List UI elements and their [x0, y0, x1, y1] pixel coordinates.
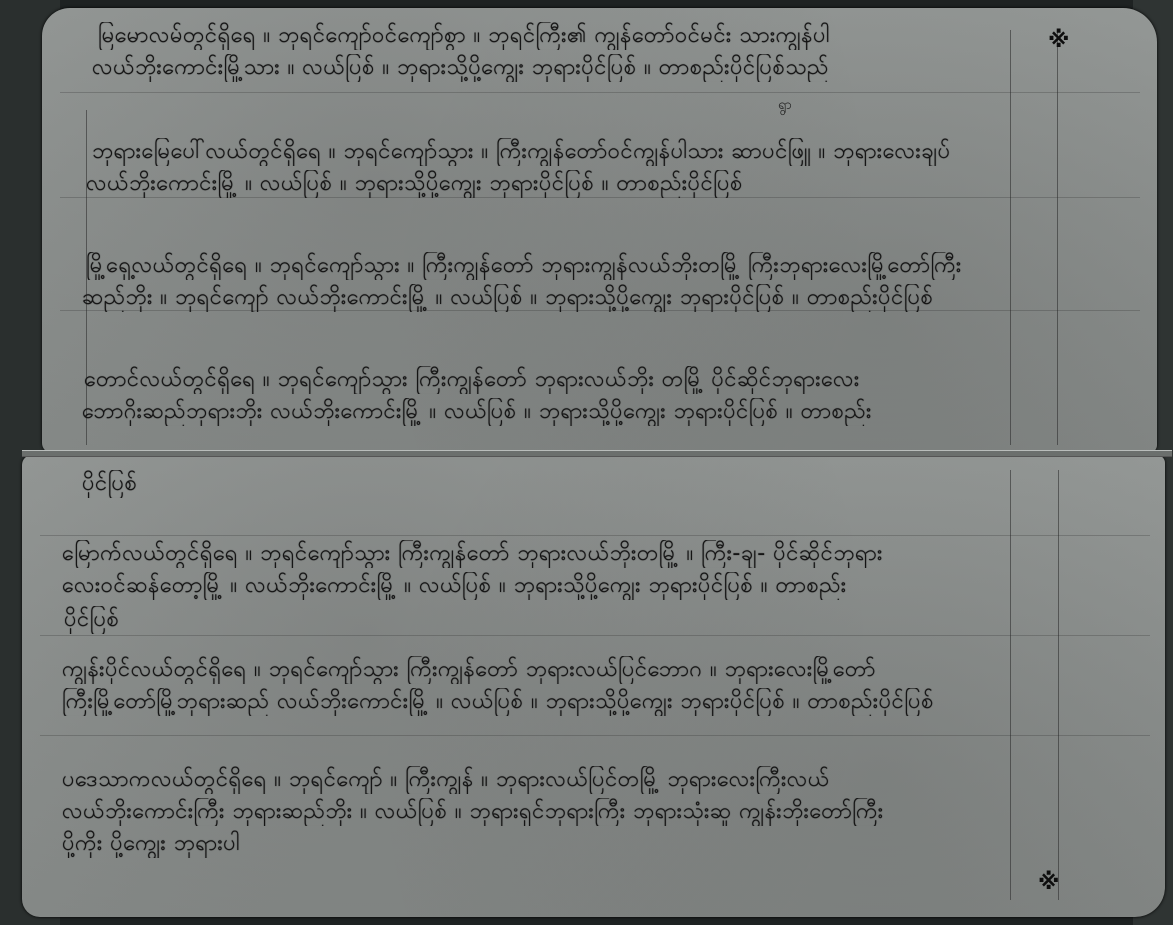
corner-mark-bottom: ※	[1038, 870, 1059, 895]
entry-4-line-3: ပိုင်ပြစ်	[82, 470, 222, 498]
ruling-line	[40, 535, 1150, 536]
marginal-note: ရွာ	[778, 95, 792, 116]
entry-1-line-1: မြမောလမ်တွင်ရှိရေ ။ ဘုရင်ကျော်ဝင်ကျော်စွ…	[98, 22, 1038, 50]
ruling-line	[60, 92, 1140, 93]
entry-7-line-2: လယ်ဘိုးကောင်းကြီး ဘုရားဆည်ဘိုး ။ လယ်ပြစ်…	[62, 798, 1022, 826]
entry-5-line-2: လေးဝင်ဆန်တော့မြို့ ။ လယ်ဘိုးကောင်းမြို့ …	[62, 572, 1012, 600]
entry-3-line-1: မြို့ရှေ့လယ်တွင်ရှိရေ ။ ဘုရင်ကျော်သွား ။…	[86, 252, 1021, 280]
entry-7-line-1: ပဒေသာကလယ်တွင်ရှိရေ ။ ဘုရင်ကျော် ။ ကြီးကျ…	[62, 766, 1022, 794]
ruling-line	[40, 635, 1150, 636]
entry-6-line-1: ကျွန်းပိုင်လယ်တွင်ရှိရေ ။ ဘုရင်ကျော်သွား…	[62, 656, 1022, 684]
entry-6-line-2: ကြီးမြို့တော်မြို့ဘုရားဆည် လယ်ဘိုးကောင်း…	[62, 688, 1022, 716]
corner-mark-top: ※	[1048, 28, 1069, 53]
page-fold	[22, 450, 1172, 457]
entry-5-line-1: မြောက်လယ်တွင်ရှိရေ ။ ဘုရင်ကျော်သွား ကြီး…	[62, 540, 1012, 568]
entry-5-line-3: ပိုင်ပြစ်	[64, 606, 184, 634]
ruling-line	[40, 735, 1150, 736]
entry-1-line-2: လယ်ဘိုးကောင်းမြို့သား ။ လယ်ပြစ် ။ ဘုရားသ…	[92, 54, 992, 82]
entry-2-line-1: ဘုရားမြေပေါ်လယ်တွင်ရှိရေ ။ ဘုရင်ကျော်သွာ…	[92, 138, 1012, 166]
entry-2-line-2: လယ်ဘိုးကောင်းမြို့ ။ လယ်ပြစ် ။ ဘုရားသို့…	[86, 170, 866, 198]
entry-3-line-2: ဆည်ဘိုး ။ ဘုရင်ကျော် လယ်ဘိုးကောင်းမြို့ …	[82, 284, 1012, 312]
entry-4-line-2: ဘောဂိုးဆည်ဘုရားဘိုး လယ်ဘိုးကောင်းမြို့ ။…	[82, 398, 1017, 426]
entry-4-line-1: တောင်လယ်တွင်ရှိရေ ။ ဘုရင်ကျော်သွား ကြီးက…	[84, 366, 1024, 394]
entry-7-line-3: ပို့ကိုး ပို့ကျွေး ဘုရားပါ	[62, 830, 322, 858]
